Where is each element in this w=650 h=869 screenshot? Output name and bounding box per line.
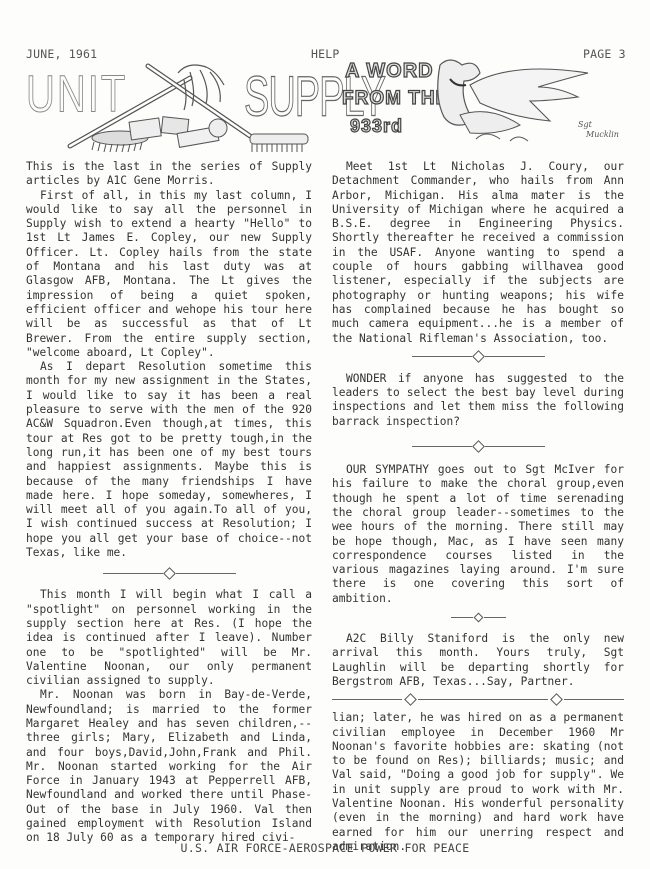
footer-slogan: U.S. AIR FORCE-AEROSPACE POWER FOR PEACE bbox=[0, 841, 650, 855]
article-paragraph: Meet 1st Lt Nicholas J. Coury, our Detac… bbox=[332, 160, 624, 346]
mop-broom-icon bbox=[60, 58, 310, 158]
article-paragraph: lian; later, he was hired on as a perman… bbox=[332, 711, 624, 854]
section-divider bbox=[332, 350, 624, 364]
sympathy-article: OUR SYMPATHY goes out to Sgt McIver for … bbox=[332, 463, 624, 606]
newsletter-page: JUNE, 1961 HELP PAGE 3 UNIT SUPPLY A WOR… bbox=[0, 0, 650, 869]
article-paragraph: Mr. Noonan was born in Bay-de-Verde, New… bbox=[26, 688, 312, 845]
supply-article: This is the last in the series of Supply… bbox=[26, 160, 312, 560]
word-title-line3: 933rd bbox=[350, 116, 403, 137]
wonder-article: WONDER if anyone has suggested to the le… bbox=[332, 372, 624, 429]
eagle-icon bbox=[430, 55, 590, 155]
publication-name: HELP bbox=[311, 47, 340, 61]
section-divider bbox=[332, 610, 624, 624]
article-paragraph: This month I will begin what I call a "s… bbox=[26, 588, 312, 688]
arrivals-article: A2C Billy Staniford is the only new arri… bbox=[332, 632, 624, 689]
article-paragraph: As I depart Resolution sometime this mon… bbox=[26, 360, 312, 560]
article-paragraph: First of all, in this my last column, I … bbox=[26, 189, 312, 361]
section-divider bbox=[26, 566, 312, 580]
section-divider bbox=[332, 439, 624, 453]
article-paragraph: OUR SYMPATHY goes out to Sgt McIver for … bbox=[332, 463, 624, 606]
artist-signature-rank: Sgt bbox=[578, 120, 592, 129]
commander-article: Meet 1st Lt Nicholas J. Coury, our Detac… bbox=[332, 160, 624, 346]
left-column: This is the last in the series of Supply… bbox=[26, 160, 312, 846]
article-paragraph: WONDER if anyone has suggested to the le… bbox=[332, 372, 624, 429]
spotlight-article: This month I will begin what I call a "s… bbox=[26, 588, 312, 845]
artist-signature-name: Mucklin bbox=[586, 130, 619, 139]
right-column: Meet 1st Lt Nicholas J. Coury, our Detac… bbox=[332, 160, 624, 854]
article-intro: This is the last in the series of Supply… bbox=[26, 160, 312, 189]
spotlight-continued: lian; later, he was hired on as a perman… bbox=[332, 711, 624, 854]
article-paragraph: A2C Billy Staniford is the only new arri… bbox=[332, 632, 624, 689]
word-title-line1: A WORD bbox=[345, 60, 434, 83]
section-divider-long bbox=[332, 692, 624, 706]
